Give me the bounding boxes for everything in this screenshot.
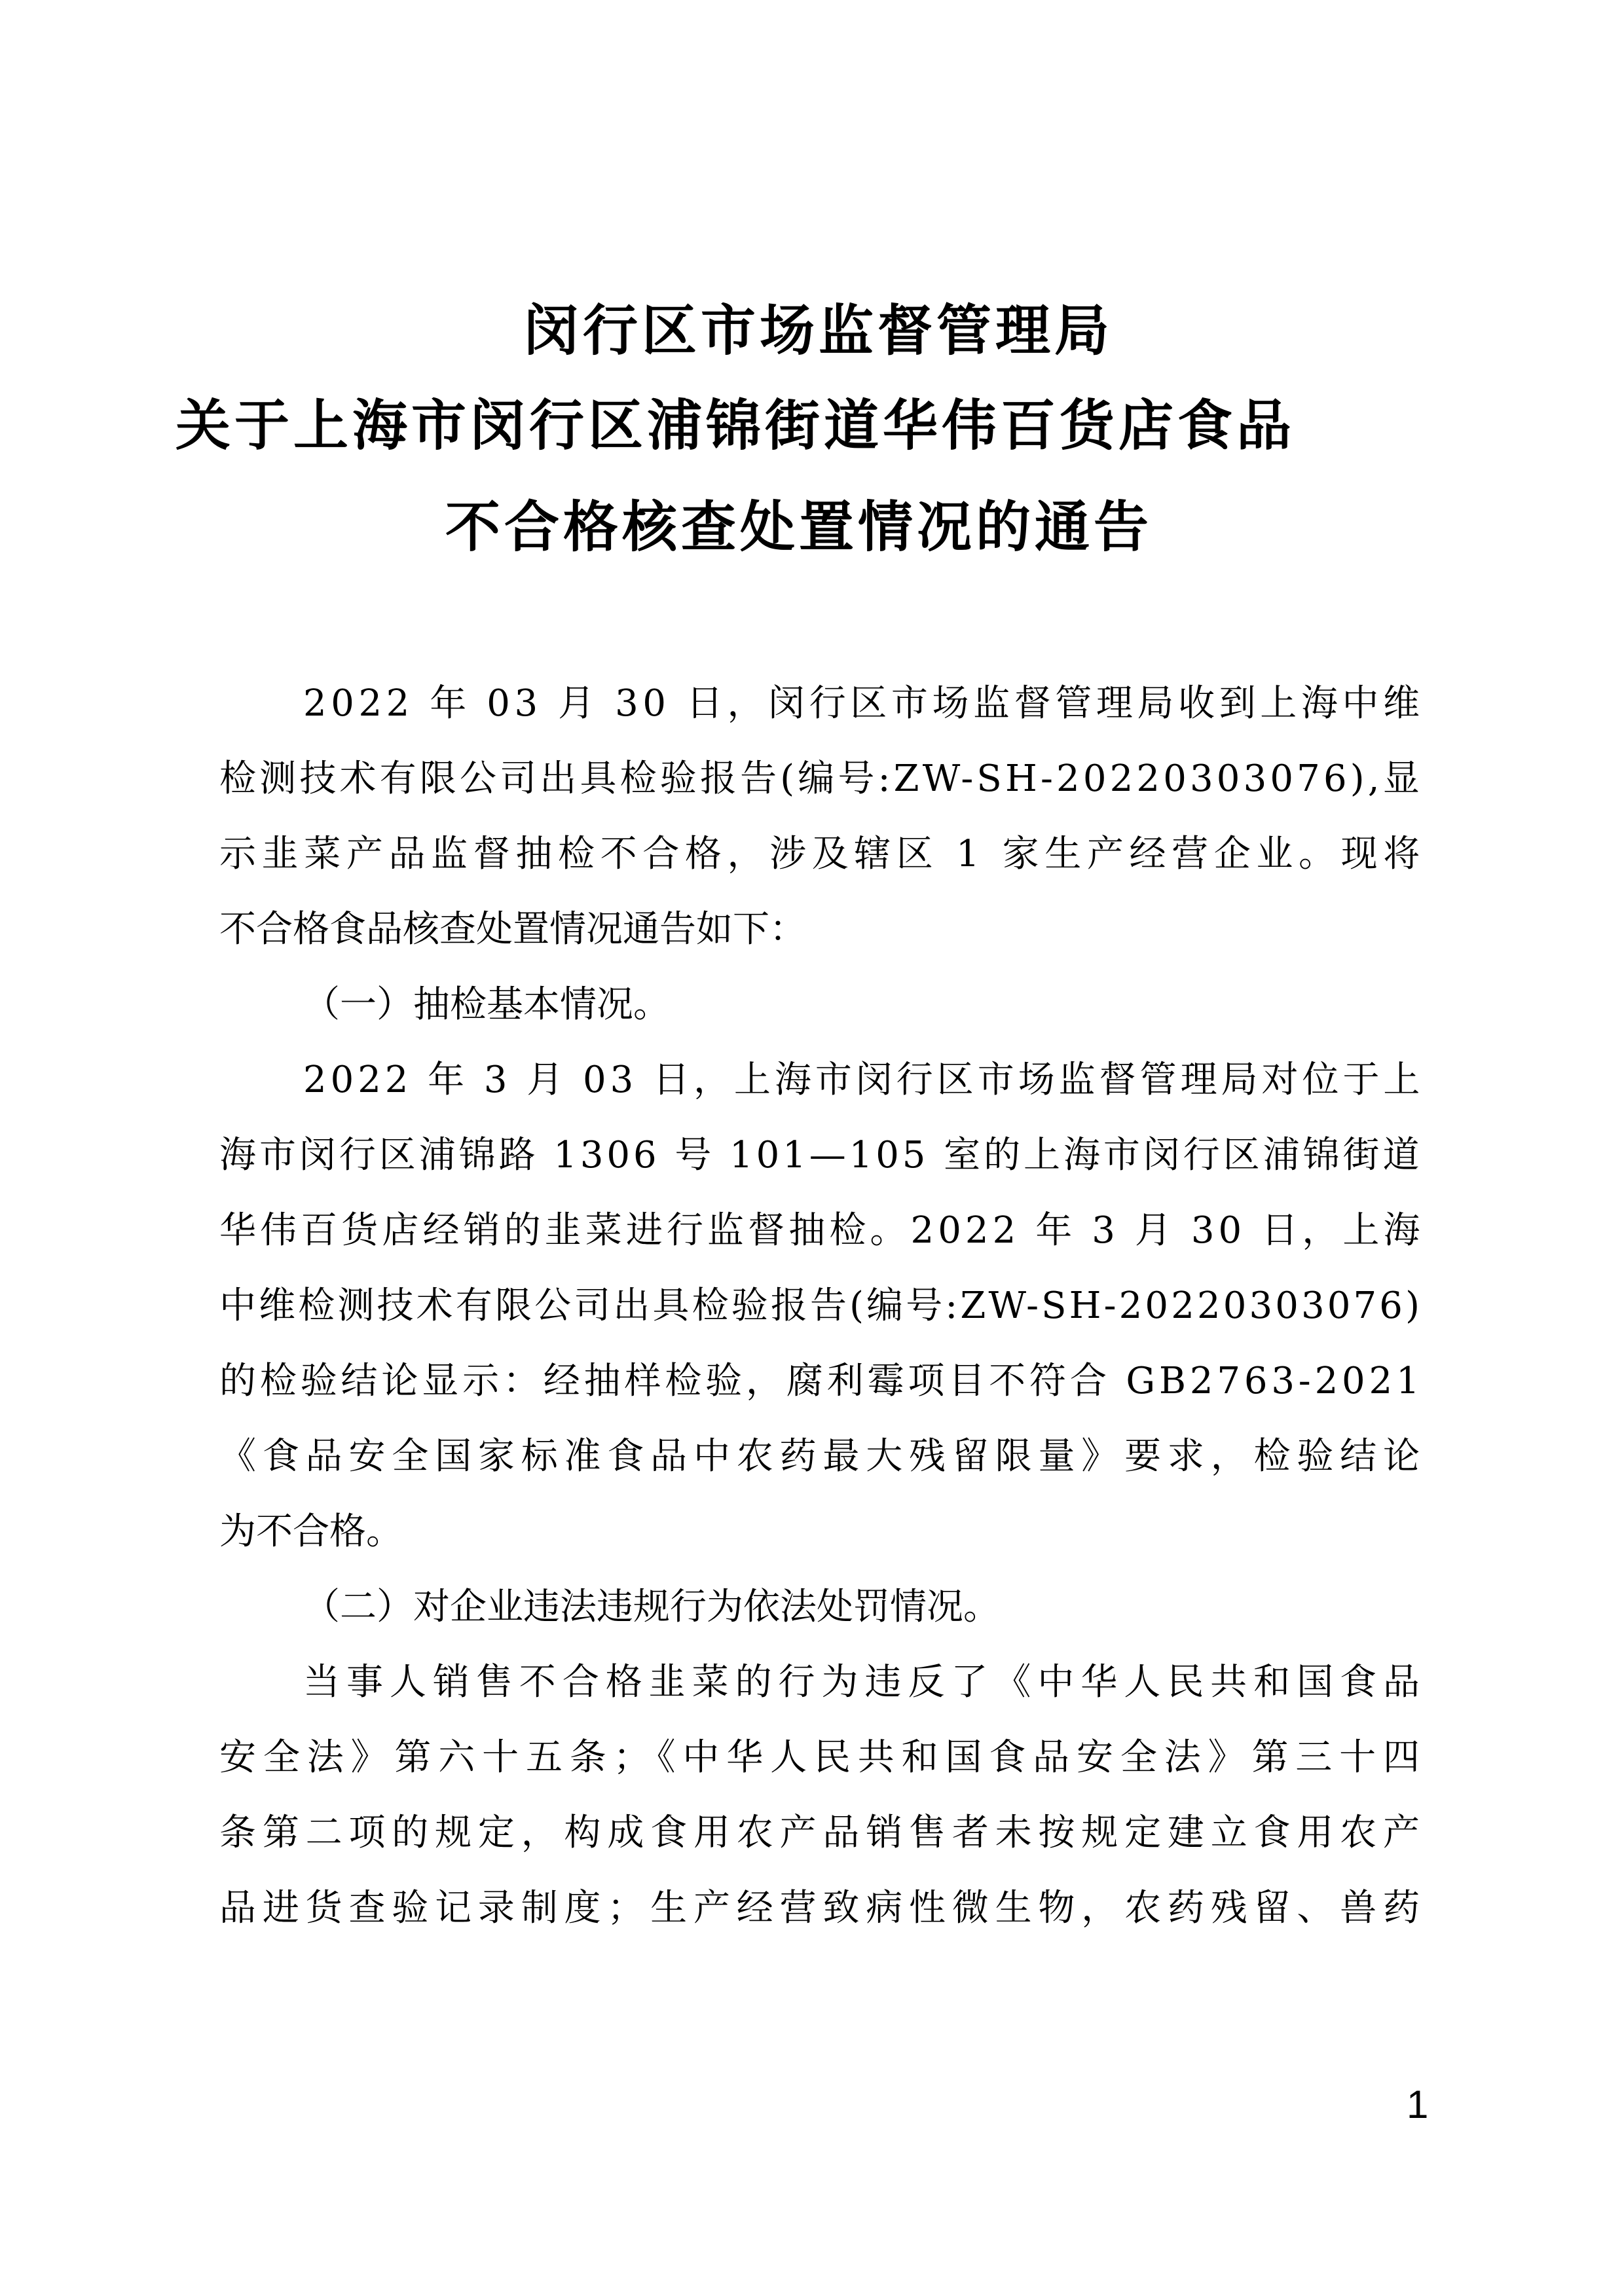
section-1-line-4: 中维检测技术有限公司出具检验报告(编号:ZW-SH-20220303076): [219, 1283, 1422, 1329]
document-title-line-3: 不合格核查处置情况的通告: [445, 494, 1153, 560]
section-1-line-1: 2022 年 3 月 03 日，上海市闵行区市场监督管理局对位于上: [303, 1057, 1424, 1103]
page-number: 1: [1407, 2082, 1428, 2127]
intro-line-1: 2022 年 03 月 30 日，闵行区市场监督管理局收到上海中维: [303, 681, 1424, 727]
section-1-line-3: 华伟百货店经销的韭菜进行监督抽检。2022 年 3 月 30 日，上海: [219, 1208, 1424, 1254]
section-1-line-7: 为不合格。: [219, 1509, 403, 1555]
intro-line-2: 检测技术有限公司出具检验报告(编号:ZW-SH-20220303076),显: [219, 756, 1423, 802]
document-title-line-1: 闵行区市场监督管理局: [524, 298, 1113, 363]
document-page: 闵行区市场监督管理局 关于上海市闵行区浦锦街道华伟百货店食品 不合格核查处置情况…: [0, 0, 1624, 2296]
section-2-line-2: 安全法》第六十五条；《中华人民共和国食品安全法》第三十四: [219, 1735, 1427, 1781]
intro-line-3: 示韭菜产品监督抽检不合格，涉及辖区 1 家生产经营企业。现将: [219, 831, 1426, 877]
section-1-heading: （一）抽检基本情况。: [303, 982, 670, 1028]
section-1-line-6: 《食品安全国家标准食品中农药最大残留限量》要求，检验结论: [219, 1434, 1426, 1480]
intro-line-4: 不合格食品核查处置情况通告如下：: [219, 907, 806, 953]
section-1-line-2: 海市闵行区浦锦路 1306 号 101—105 室的上海市闵行区浦锦街道: [219, 1133, 1422, 1178]
section-1-line-5: 的检验结论显示：经抽样检验，腐利霉项目不符合 GB2763-2021: [219, 1358, 1424, 1404]
section-2-line-3: 条第二项的规定，构成食用农产品销售者未按规定建立食用农产: [219, 1810, 1426, 1856]
section-2-line-1: 当事人销售不合格韭菜的行为违反了《中华人民共和国食品: [303, 1660, 1426, 1705]
section-2-line-4: 品进货查验记录制度；生产经营致病性微生物，农药残留、兽药: [219, 1886, 1426, 1931]
section-2-heading: （二）对企业违法违规行为依法处罚情况。: [303, 1584, 1000, 1630]
document-title-line-2: 关于上海市闵行区浦锦街道华伟百货店食品: [175, 393, 1295, 458]
